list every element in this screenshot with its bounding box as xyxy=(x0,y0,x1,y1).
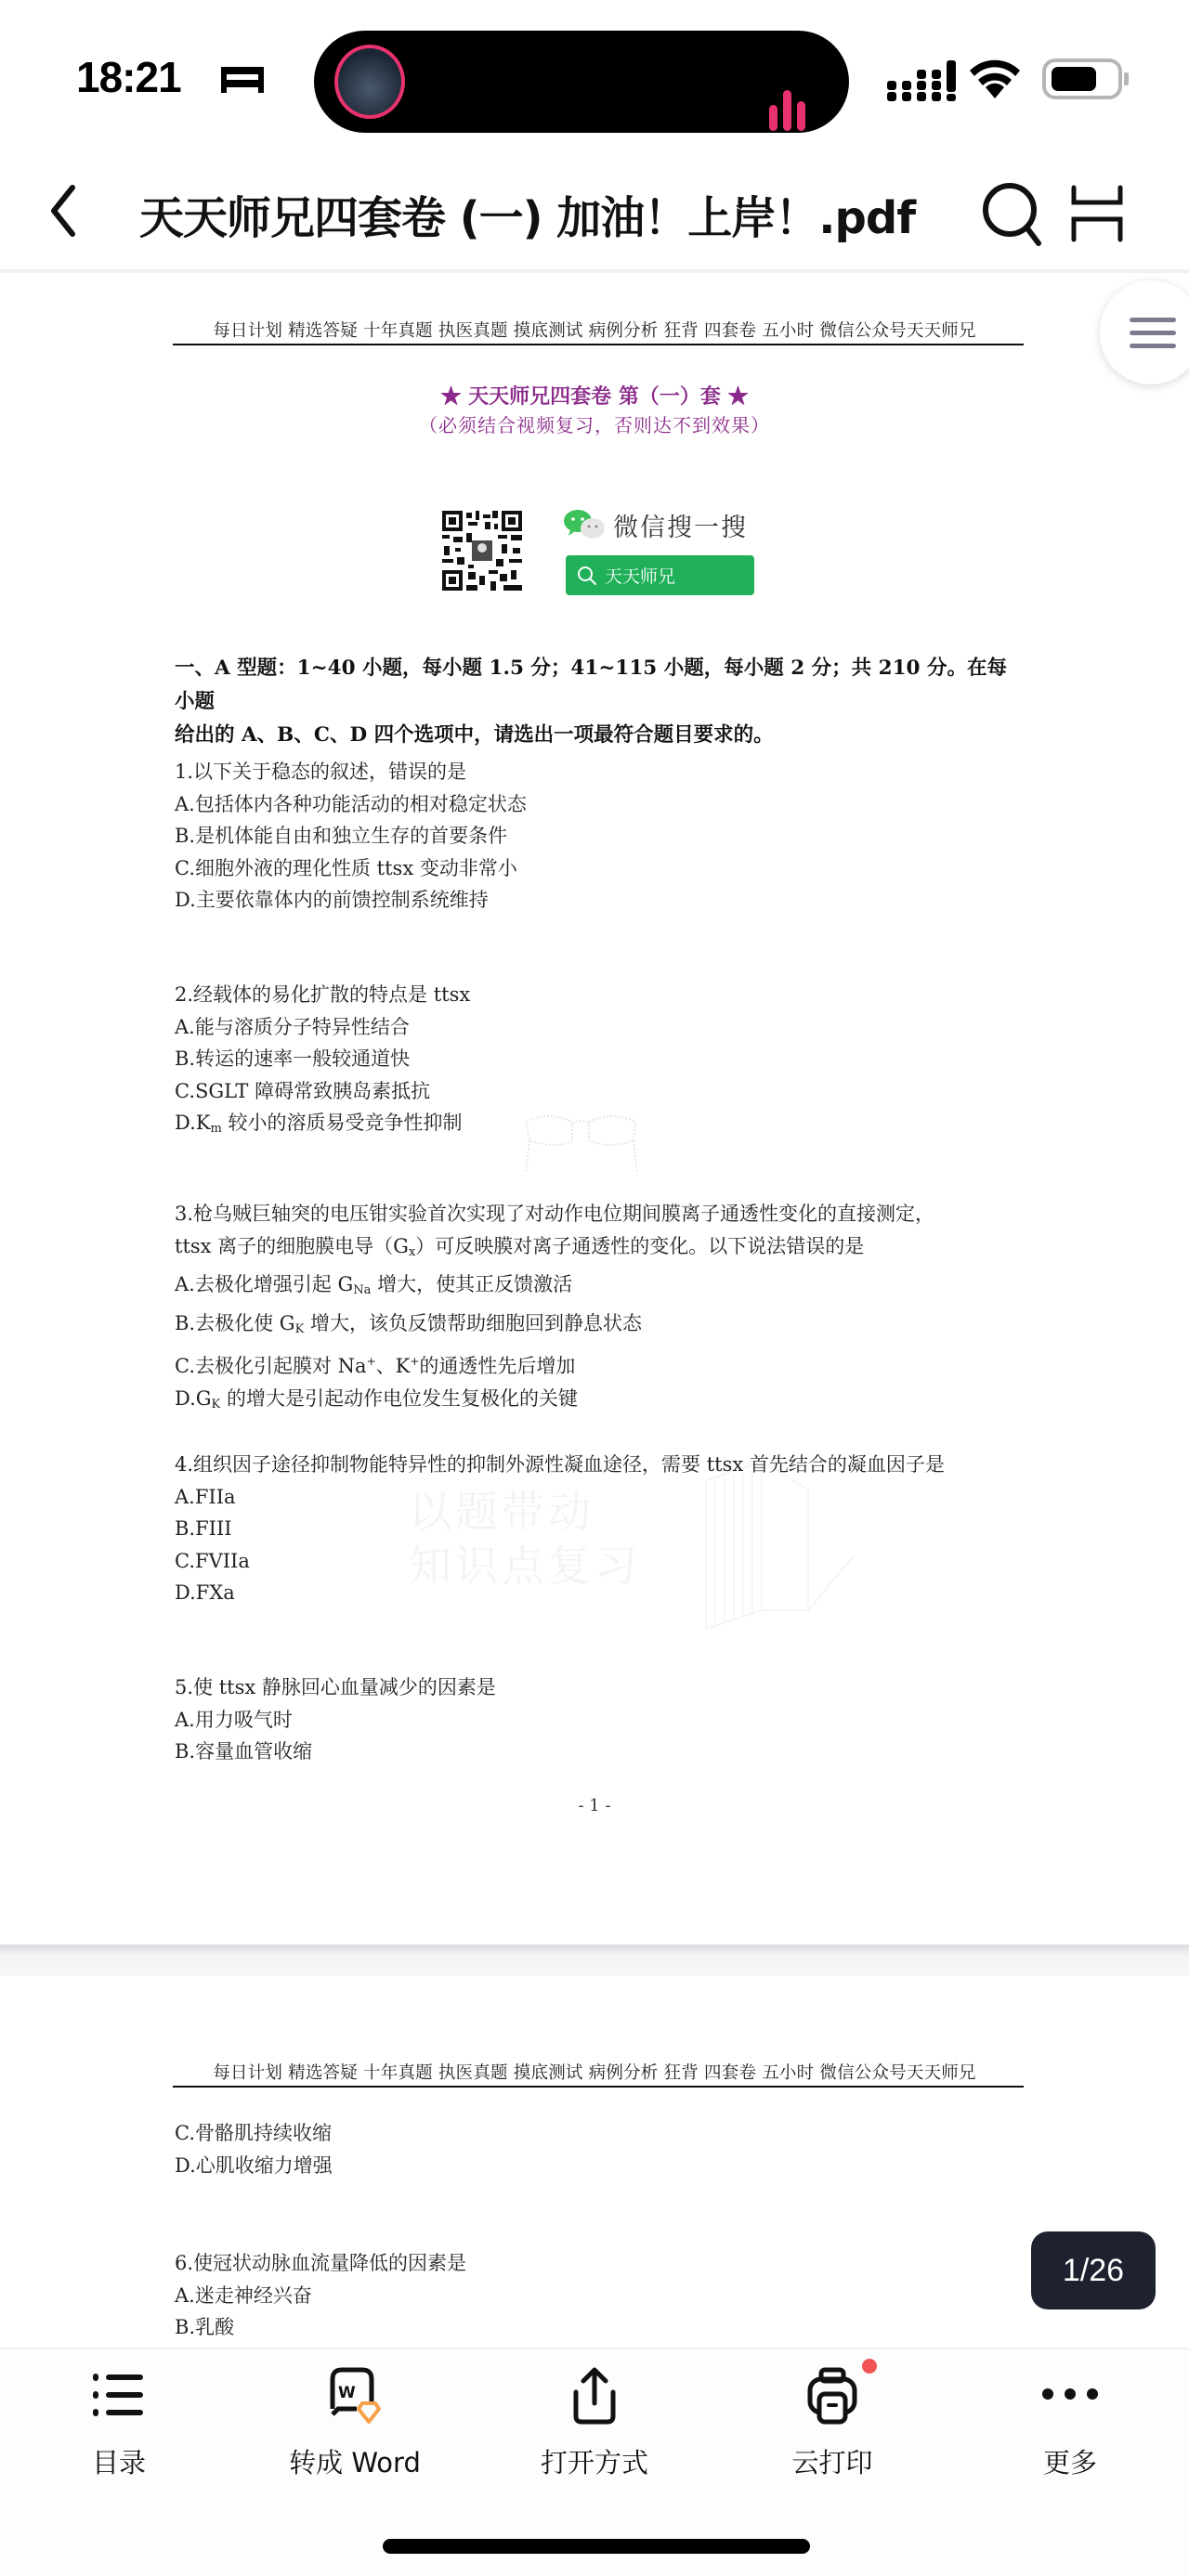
option-a: A.用力吸气时 xyxy=(175,1704,1029,1737)
page-header-text: 每日计划 精选答疑 十年真题 执医真题 摸底测试 病例分析 狂背 四套卷 五小时… xyxy=(0,318,1189,342)
option-a: A.FIIa xyxy=(175,1481,1029,1514)
question-stem: 3.枪乌贼巨轴突的电压钳实验首次实现了对动作电位期间膜离子通透性变化的直接测定， xyxy=(175,1198,1029,1230)
convert-word-label: 转成 Word xyxy=(262,2442,448,2480)
more-button[interactable]: 更多 xyxy=(977,2349,1163,2489)
option-a: A.能与溶质分子特异性结合 xyxy=(175,1011,1029,1044)
toc-button[interactable]: 目录 xyxy=(26,2349,212,2489)
open-with-label: 打开方式 xyxy=(502,2442,687,2480)
menu-icon xyxy=(1130,318,1176,322)
question-stem: 4.组织因子途径抑制物能特异性的抑制外源性凝血途径，需要 ttsx 首先结合的凝… xyxy=(175,1449,1029,1481)
section-heading: 一、A 型题：1~40 小题，每小题 1.5 分；41~115 小题，每小题 2… xyxy=(175,652,1020,752)
option-c: C.FVIIa xyxy=(175,1545,1029,1578)
option-b: B.容量血管收缩 xyxy=(175,1736,1029,1768)
search-icon xyxy=(577,566,597,586)
page-header-text: 每日计划 精选答疑 十年真题 执医真题 摸底测试 病例分析 狂背 四套卷 五小时… xyxy=(0,2060,1189,2084)
cloud-print-button[interactable]: 云打印 xyxy=(739,2349,925,2489)
page-header-rule xyxy=(173,344,1024,345)
question-stem: 2.经载体的易化扩散的特点是 ttsx xyxy=(175,979,1029,1011)
chevron-left-icon[interactable] xyxy=(43,180,84,241)
section-heading-line: 给出的 A、B、C、D 四个选项中，请选出一项最符合题目要求的。 xyxy=(175,719,1020,752)
option-b: B.转运的速率一般较通道快 xyxy=(175,1043,1029,1075)
audio-bars-icon xyxy=(767,88,808,133)
convert-word-button[interactable]: W 转成 Word xyxy=(262,2349,448,2489)
page-title: 天天师兄四套卷 (一) 加油！上岸！.pdf xyxy=(139,182,915,246)
album-art-icon xyxy=(334,45,405,119)
question-5-continued: C.骨骼肌持续收缩 D.心肌收缩力增强 xyxy=(175,2117,1029,2181)
notification-badge xyxy=(862,2359,877,2374)
list-icon xyxy=(89,2366,149,2422)
question-5: 5.使 ttsx 静脉回心血量减少的因素是 A.用力吸气时 B.容量血管收缩 xyxy=(175,1672,1029,1768)
option-a: A.迷走神经兴奋 xyxy=(175,2280,1029,2312)
option-c: C.去极化引起膜对 Na+、K+的通透性先后增加 xyxy=(175,1346,1029,1383)
option-d: D.主要依靠体内的前馈控制系统维持 xyxy=(175,884,1029,917)
dynamic-island[interactable] xyxy=(314,31,849,133)
pdf-page-2[interactable]: 每日计划 精选答疑 十年真题 执医真题 摸底测试 病例分析 狂背 四套卷 五小时… xyxy=(0,1976,1189,2348)
status-time: 18:21 xyxy=(76,52,181,102)
open-with-button[interactable]: 打开方式 xyxy=(502,2349,687,2489)
page-header-rule xyxy=(173,2086,1024,2088)
more-label: 更多 xyxy=(977,2442,1163,2480)
cloud-print-label: 云打印 xyxy=(739,2442,925,2480)
option-b: B.FIII xyxy=(175,1513,1029,1545)
option-d: D.心肌收缩力增强 xyxy=(175,2150,1029,2182)
option-c: C.SGLT 障碍常致胰岛素抵抗 xyxy=(175,1075,1029,1108)
option-c: C.细胞外液的理化性质 ttsx 变动非常小 xyxy=(175,852,1029,885)
qr-code-icon xyxy=(442,511,522,591)
wechat-search-box: 天天师兄 xyxy=(566,555,754,595)
menu-icon xyxy=(1130,331,1176,335)
option-a: A.去极化增强引起 GNa 增大，使其正反馈激活 xyxy=(175,1268,1029,1308)
option-c: C.骨骼肌持续收缩 xyxy=(175,2117,1029,2150)
wechat-logo-icon xyxy=(563,508,606,541)
page-indicator[interactable]: 1/26 xyxy=(1031,2231,1156,2309)
section-heading-line: 一、A 型题：1~40 小题，每小题 1.5 分；41~115 小题，每小题 2… xyxy=(175,652,1020,719)
svg-text:W: W xyxy=(338,2384,356,2402)
option-d: D.GK 的增大是引起动作电位发生复极化的关键 xyxy=(175,1383,1029,1422)
option-b: B.去极化使 GK 增大，该负反馈帮助细胞回到静息状态 xyxy=(175,1308,1029,1347)
toc-label: 目录 xyxy=(26,2442,212,2480)
share-icon xyxy=(565,2366,624,2426)
wechat-search-text: 天天师兄 xyxy=(605,563,675,588)
signal-icon xyxy=(885,60,963,101)
printer-icon xyxy=(803,2366,862,2426)
option-b: B.乳酸 xyxy=(175,2311,1029,2344)
question-3: 3.枪乌贼巨轴突的电压钳实验首次实现了对动作电位期间膜离子通透性变化的直接测定，… xyxy=(175,1198,1029,1421)
question-1: 1.以下关于稳态的叙述，错误的是 A.包括体内各种功能活动的相对稳定状态 B.是… xyxy=(175,756,1029,917)
home-indicator[interactable] xyxy=(383,2539,810,2554)
option-b: B.是机体能自由和独立生存的首要条件 xyxy=(175,820,1029,852)
question-6: 6.使冠状动脉血流量降低的因素是 A.迷走神经兴奋 B.乳酸 xyxy=(175,2247,1029,2344)
question-stem: 5.使 ttsx 静脉回心血量减少的因素是 xyxy=(175,1672,1029,1704)
menu-icon xyxy=(1130,344,1176,348)
battery-icon xyxy=(1042,58,1131,100)
more-icon xyxy=(1040,2366,1100,2426)
search-icon[interactable] xyxy=(979,178,1046,249)
set-title: ★ 天天师兄四套卷 第（一）套 ★ xyxy=(0,381,1189,410)
nav-bar: 天天师兄四套卷 (一) 加油！上岸！.pdf xyxy=(0,158,1189,269)
wechat-search-label: 微信搜一搜 xyxy=(613,507,748,543)
watermark-glasses-icon xyxy=(520,1103,641,1177)
pdf-page-1[interactable]: 每日计划 精选答疑 十年真题 执医真题 摸底测试 病例分析 狂背 四套卷 五小时… xyxy=(0,273,1189,1939)
set-note: （必须结合视频复习，否则达不到效果） xyxy=(0,410,1189,437)
option-d: D.FXa xyxy=(175,1577,1029,1609)
option-a: A.包括体内各种功能活动的相对稳定状态 xyxy=(175,788,1029,821)
question-stem: 1.以下关于稳态的叙述，错误的是 xyxy=(175,756,1029,788)
word-convert-icon: W xyxy=(325,2366,385,2426)
wifi-icon xyxy=(968,58,1022,100)
question-4: 4.组织因子途径抑制物能特异性的抑制外源性凝血途径，需要 ttsx 首先结合的凝… xyxy=(175,1449,1029,1609)
status-bar: 18:21 xyxy=(0,0,1189,139)
bed-icon xyxy=(219,63,266,95)
page-separator xyxy=(0,1945,1189,1976)
question-stem-cont: ttsx 离子的细胞膜电导（Gx）可反映膜对离子通透性的变化。以下说法错误的是 xyxy=(175,1230,1029,1269)
expand-icon[interactable] xyxy=(1068,184,1126,243)
page-number: - 1 - xyxy=(0,1796,1189,1815)
question-stem: 6.使冠状动脉血流量降低的因素是 xyxy=(175,2247,1029,2280)
